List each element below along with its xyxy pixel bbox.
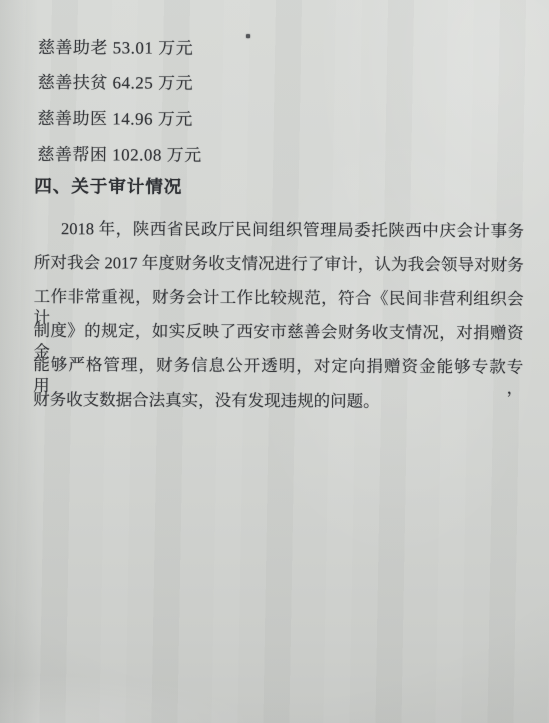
expense-line-elderly-aid: 慈善助老 53.01 万元	[38, 37, 193, 59]
document-text-layer: 慈善助老 53.01 万元 慈善扶贫 64.25 万元 慈善助医 14.96 万…	[0, 0, 549, 723]
expense-line-poverty-relief: 慈善扶贫 64.25 万元	[38, 72, 193, 94]
audit-paragraph-line-2: 所对我会 2017 年度财务收支情况进行了审计，认为我会领导对财务	[34, 253, 524, 276]
expense-line-medical-aid: 慈善助医 14.96 万元	[38, 108, 193, 130]
ink-dot	[246, 34, 250, 38]
document-photo: 慈善助老 53.01 万元 慈善扶贫 64.25 万元 慈善助医 14.96 万…	[0, 0, 549, 723]
expense-line-hardship-aid: 慈善帮困 102.08 万元	[37, 144, 201, 166]
audit-paragraph-line-1: 2018 年，陕西省民政厅民间组织管理局委托陕西中庆会计事务	[34, 219, 524, 242]
audit-paragraph-line-6: 财务收支数据合法真实，没有发现违规的问题。	[33, 390, 523, 413]
section-heading-audit: 四、关于审计情况	[34, 176, 182, 199]
